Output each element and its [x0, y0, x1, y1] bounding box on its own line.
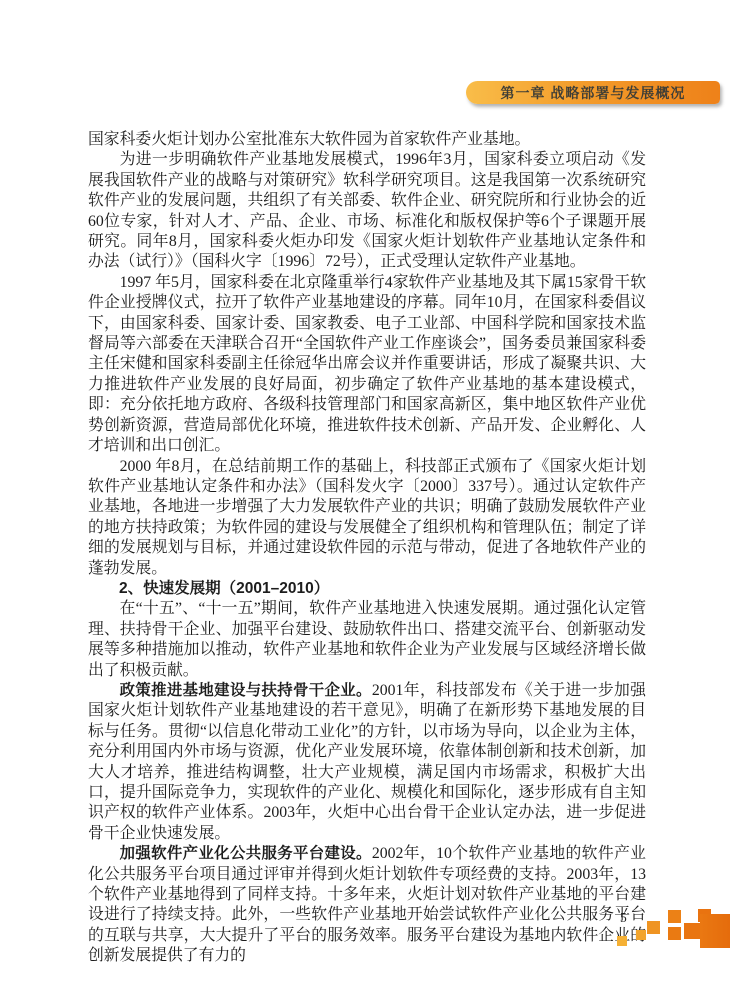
- paragraph-text: 2001年，科技部发布《关于进一步加强国家火炬计划软件产业基地建设的若干意见》，…: [88, 682, 646, 842]
- paragraph-continuation: 国家科委火炬计划办公室批准东大软件园为首家软件产业基地。: [88, 130, 646, 150]
- paragraph: 1997 年5月，国家科委在北京隆重举行4家软件产业基地及其下属15家骨干软件企…: [88, 273, 646, 457]
- mosaic-square: [668, 910, 681, 923]
- section-heading: 2、快速发展期（2001–2010）: [88, 579, 646, 599]
- mosaic-square: [684, 923, 700, 939]
- document-page: 第一章 战略部署与发展概况 国家科委火炬计划办公室批准东大软件园为首家软件产业基…: [0, 0, 730, 984]
- mosaic-bar: [700, 914, 730, 948]
- paragraph-bold-lead: 加强软件产业化公共服务平台建设。: [120, 845, 372, 862]
- paragraph: 为进一步明确软件产业基地发展模式，1996年3月，国家科委立项启动《发展我国软件…: [88, 150, 646, 272]
- paragraph: 加强软件产业化公共服务平台建设。2002年，10个软件产业基地的软件产业化公共服…: [88, 844, 646, 966]
- mosaic-square: [668, 927, 681, 940]
- paragraph-bold-lead: 政策推进基地建设与扶持骨干企业。: [120, 682, 372, 699]
- paragraph-text: 2002年，10个软件产业基地的软件产业化公共服务平台项目通过评审并得到火炬计划…: [88, 845, 646, 964]
- mosaic-square: [617, 936, 627, 946]
- paragraph: 政策推进基地建设与扶持骨干企业。2001年，科技部发布《关于进一步加强国家火炬计…: [88, 681, 646, 844]
- chapter-title: 第一章 战略部署与发展概况: [501, 83, 686, 103]
- mosaic-square: [647, 921, 660, 934]
- page-content: 国家科委火炬计划办公室批准东大软件园为首家软件产业基地。 为进一步明确软件产业基…: [88, 130, 646, 967]
- page-number: 5: [620, 910, 627, 926]
- paragraph: 2000 年8月，在总结前期工作的基础上，科技部正式颁布了《国家火炬计划软件产业…: [88, 457, 646, 579]
- paragraph: 在“十五”、“十一五”期间，软件产业基地进入快速发展期。通过强化认定管理、扶持骨…: [88, 599, 646, 681]
- chapter-header-banner: 第一章 战略部署与发展概况: [466, 81, 720, 104]
- mosaic-square: [636, 930, 646, 940]
